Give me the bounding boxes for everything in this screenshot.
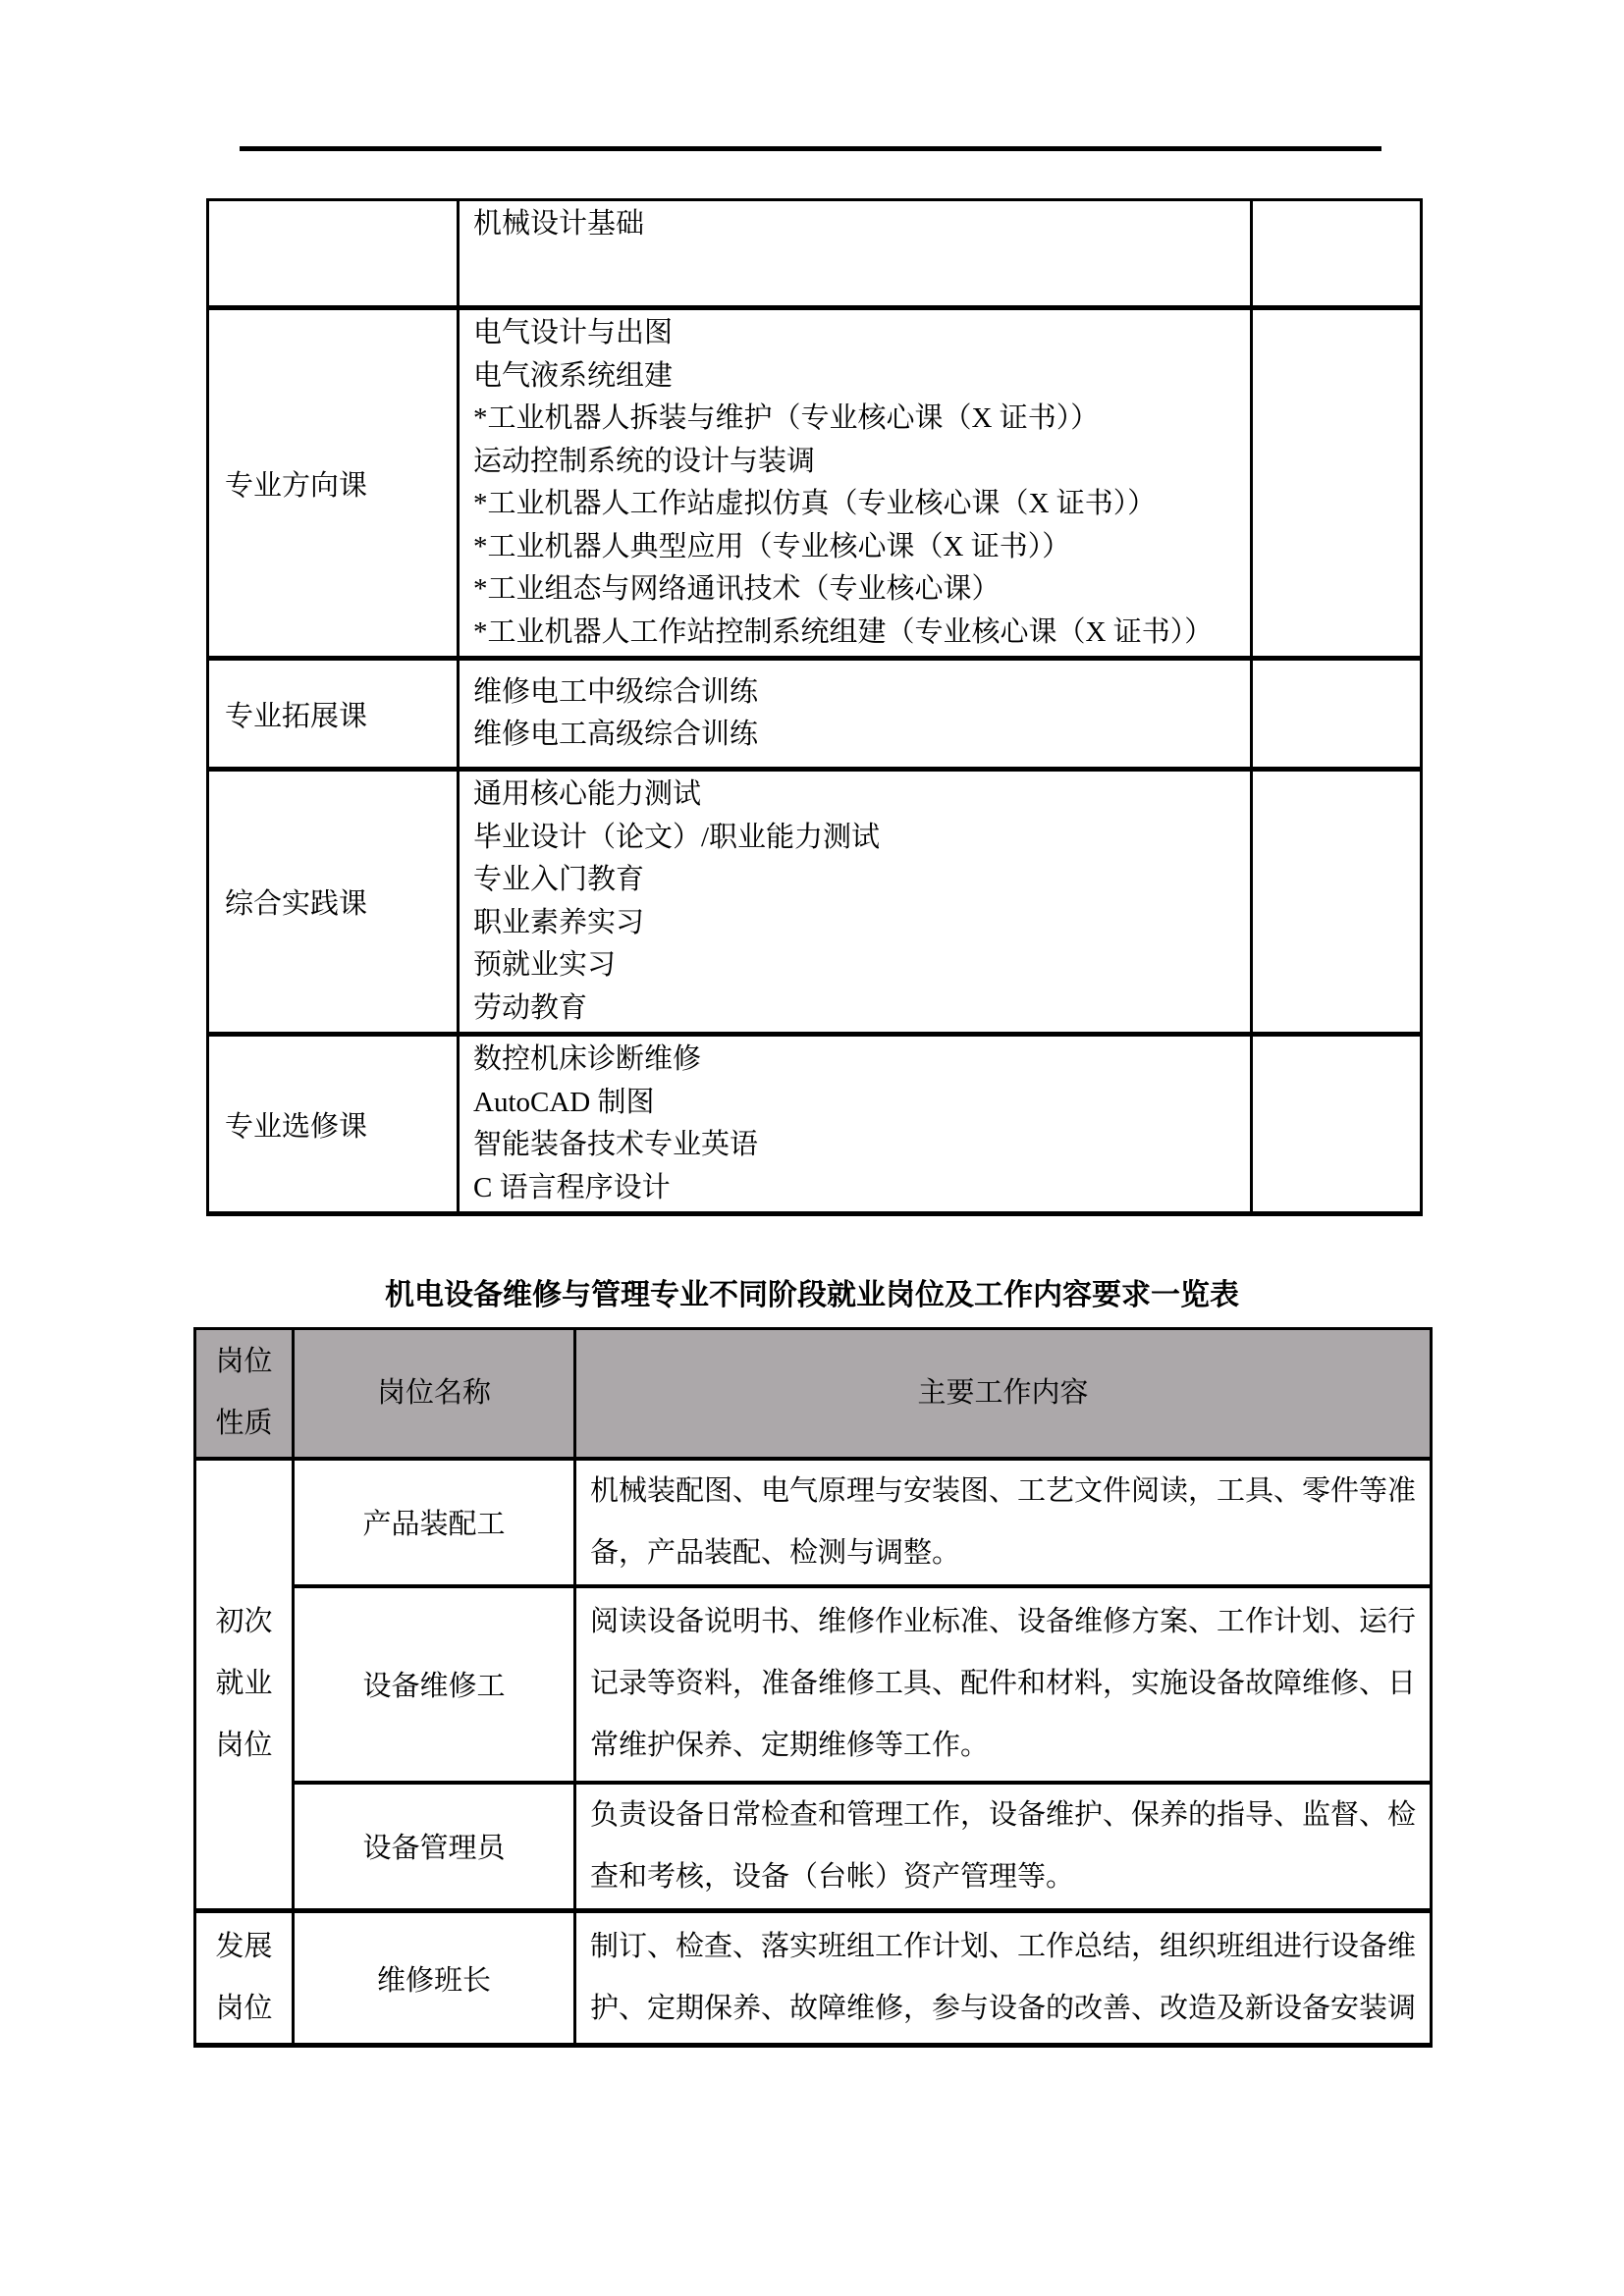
course-line: 职业素养实习 (473, 902, 1246, 945)
table-row: 机械设计基础 (208, 200, 1422, 308)
empty-cell (1252, 200, 1422, 308)
course-category-cell (208, 200, 459, 308)
course-line: 智能装备技术专业英语 (473, 1124, 1246, 1167)
empty-cell (1252, 659, 1422, 770)
course-line: *工业机器人典型应用（专业核心课（X 证书）） (473, 526, 1246, 569)
course-line: *工业组态与网络通讯技术（专业核心课） (473, 568, 1246, 612)
job-content-cell: 负责设备日常检查和管理工作，设备维护、保养的指导、监督、检查和考核，设备（台帐）… (575, 1783, 1432, 1911)
course-list-cell: 维修电工中级综合训练 维修电工高级综合训练 (459, 659, 1252, 770)
table-header-row: 岗位性质 岗位名称 主要工作内容 (195, 1329, 1432, 1459)
table-row: 综合实践课 通用核心能力测试 毕业设计（论文）/职业能力测试 专业入门教育 职业… (208, 770, 1422, 1035)
job-content-cell: 机械装配图、电气原理与安装图、工艺文件阅读，工具、零件等准备，产品装配、检测与调… (575, 1459, 1432, 1586)
job-name-cell: 设备管理员 (294, 1783, 575, 1911)
table-row: 专业选修课 数控机床诊断维修 AutoCAD 制图 智能装备技术专业英语 C 语… (208, 1035, 1422, 1214)
job-name-cell: 维修班长 (294, 1911, 575, 2046)
course-category-cell: 专业方向课 (208, 308, 459, 659)
document-page: 机械设计基础 专业方向课 电气设计与出图 电气液系统组建 *工业机器人拆装与维护… (0, 0, 1624, 2296)
table-row: 设备管理员 负责设备日常检查和管理工作，设备维护、保养的指导、监督、检查和考核，… (195, 1783, 1432, 1911)
course-list-cell: 数控机床诊断维修 AutoCAD 制图 智能装备技术专业英语 C 语言程序设计 (459, 1035, 1252, 1214)
course-line: 维修电工中级综合训练 (473, 671, 1246, 715)
empty-cell (1252, 308, 1422, 659)
empty-cell (1252, 770, 1422, 1035)
header-nature-cell: 岗位性质 (195, 1329, 294, 1459)
course-line: 劳动教育 (473, 988, 1246, 1031)
job-content-cell: 制订、检查、落实班组工作计划、工作总结，组织班组进行设备维护、定期保养、故障维修… (575, 1911, 1432, 2046)
course-line: *工业机器人工作站虚拟仿真（专业核心课（X 证书）） (473, 483, 1246, 526)
course-line: C 语言程序设计 (473, 1167, 1246, 1210)
course-line: *工业机器人工作站控制系统组建（专业核心课（X 证书）） (473, 612, 1246, 655)
course-line: 维修电工高级综合训练 (473, 714, 1246, 757)
course-line: 数控机床诊断维修 (473, 1039, 1246, 1082)
page-header-rule (240, 146, 1381, 151)
empty-cell (1252, 1035, 1422, 1214)
course-line: 机械设计基础 (473, 203, 1246, 246)
job-name-cell: 产品装配工 (294, 1459, 575, 1586)
table-row: 设备维修工 阅读设备说明书、维修作业标准、设备维修方案、工作计划、运行记录等资料… (195, 1586, 1432, 1783)
table-row: 专业拓展课 维修电工中级综合训练 维修电工高级综合训练 (208, 659, 1422, 770)
header-position-cell: 岗位名称 (294, 1329, 575, 1459)
header-content-cell: 主要工作内容 (575, 1329, 1432, 1459)
course-category-cell: 综合实践课 (208, 770, 459, 1035)
section-title: 机电设备维修与管理专业不同阶段就业岗位及工作内容要求一览表 (0, 1274, 1624, 1317)
course-list-cell: 机械设计基础 (459, 200, 1252, 308)
table-row: 初次就业岗位 产品装配工 机械装配图、电气原理与安装图、工艺文件阅读，工具、零件… (195, 1459, 1432, 1586)
job-nature-cell: 发展岗位 (195, 1911, 294, 2046)
course-line: 专业入门教育 (473, 859, 1246, 902)
course-line: AutoCAD 制图 (473, 1082, 1246, 1125)
course-table: 机械设计基础 专业方向课 电气设计与出图 电气液系统组建 *工业机器人拆装与维护… (206, 198, 1423, 1216)
course-category-cell: 专业拓展课 (208, 659, 459, 770)
course-line: 预就业实习 (473, 944, 1246, 988)
job-content-cell: 阅读设备说明书、维修作业标准、设备维修方案、工作计划、运行记录等资料，准备维修工… (575, 1586, 1432, 1783)
course-line: 通用核心能力测试 (473, 774, 1246, 817)
course-list-cell: 电气设计与出图 电气液系统组建 *工业机器人拆装与维护（专业核心课（X 证书））… (459, 308, 1252, 659)
course-line: 毕业设计（论文）/职业能力测试 (473, 817, 1246, 860)
job-name-cell: 设备维修工 (294, 1586, 575, 1783)
course-category-cell: 专业选修课 (208, 1035, 459, 1214)
table-row: 发展岗位 维修班长 制订、检查、落实班组工作计划、工作总结，组织班组进行设备维护… (195, 1911, 1432, 2046)
course-line: *工业机器人拆装与维护（专业核心课（X 证书）） (473, 398, 1246, 441)
table-row: 专业方向课 电气设计与出图 电气液系统组建 *工业机器人拆装与维护（专业核心课（… (208, 308, 1422, 659)
course-line: 电气设计与出图 (473, 312, 1246, 355)
course-line: 电气液系统组建 (473, 355, 1246, 399)
jobs-table: 岗位性质 岗位名称 主要工作内容 初次就业岗位 产品装配工 机械装配图、电气原理… (193, 1327, 1433, 2048)
job-nature-cell: 初次就业岗位 (195, 1459, 294, 1911)
course-list-cell: 通用核心能力测试 毕业设计（论文）/职业能力测试 专业入门教育 职业素养实习 预… (459, 770, 1252, 1035)
course-line: 运动控制系统的设计与装调 (473, 441, 1246, 484)
